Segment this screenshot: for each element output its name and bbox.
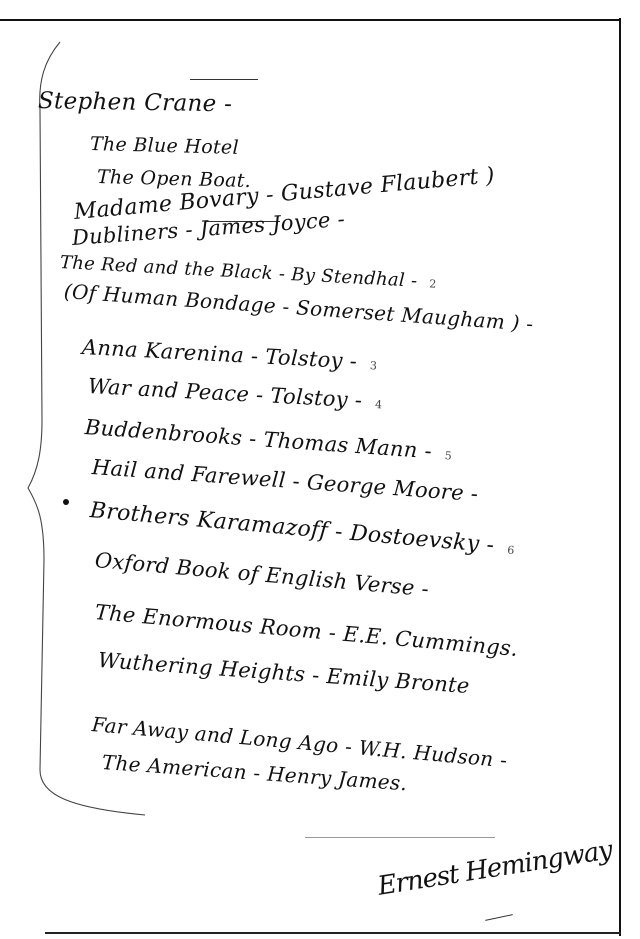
- divider-line: [305, 837, 495, 838]
- handwritten-page: Stephen Crane - The Blue Hotel The Open …: [0, 0, 640, 939]
- list-line: Stephen Crane -: [38, 88, 233, 117]
- list-number: 5: [444, 449, 452, 462]
- list-number: 3: [370, 359, 378, 372]
- list-number: 4: [375, 398, 383, 411]
- overline-mark: [190, 79, 258, 80]
- list-line: The Blue Hotel: [90, 133, 239, 159]
- line-text: Stephen Crane -: [38, 88, 233, 117]
- bullet-dot-icon: [63, 499, 69, 505]
- line-text: The Blue Hotel: [90, 133, 239, 159]
- list-number: 2: [429, 277, 437, 290]
- list-number: 6: [507, 544, 515, 558]
